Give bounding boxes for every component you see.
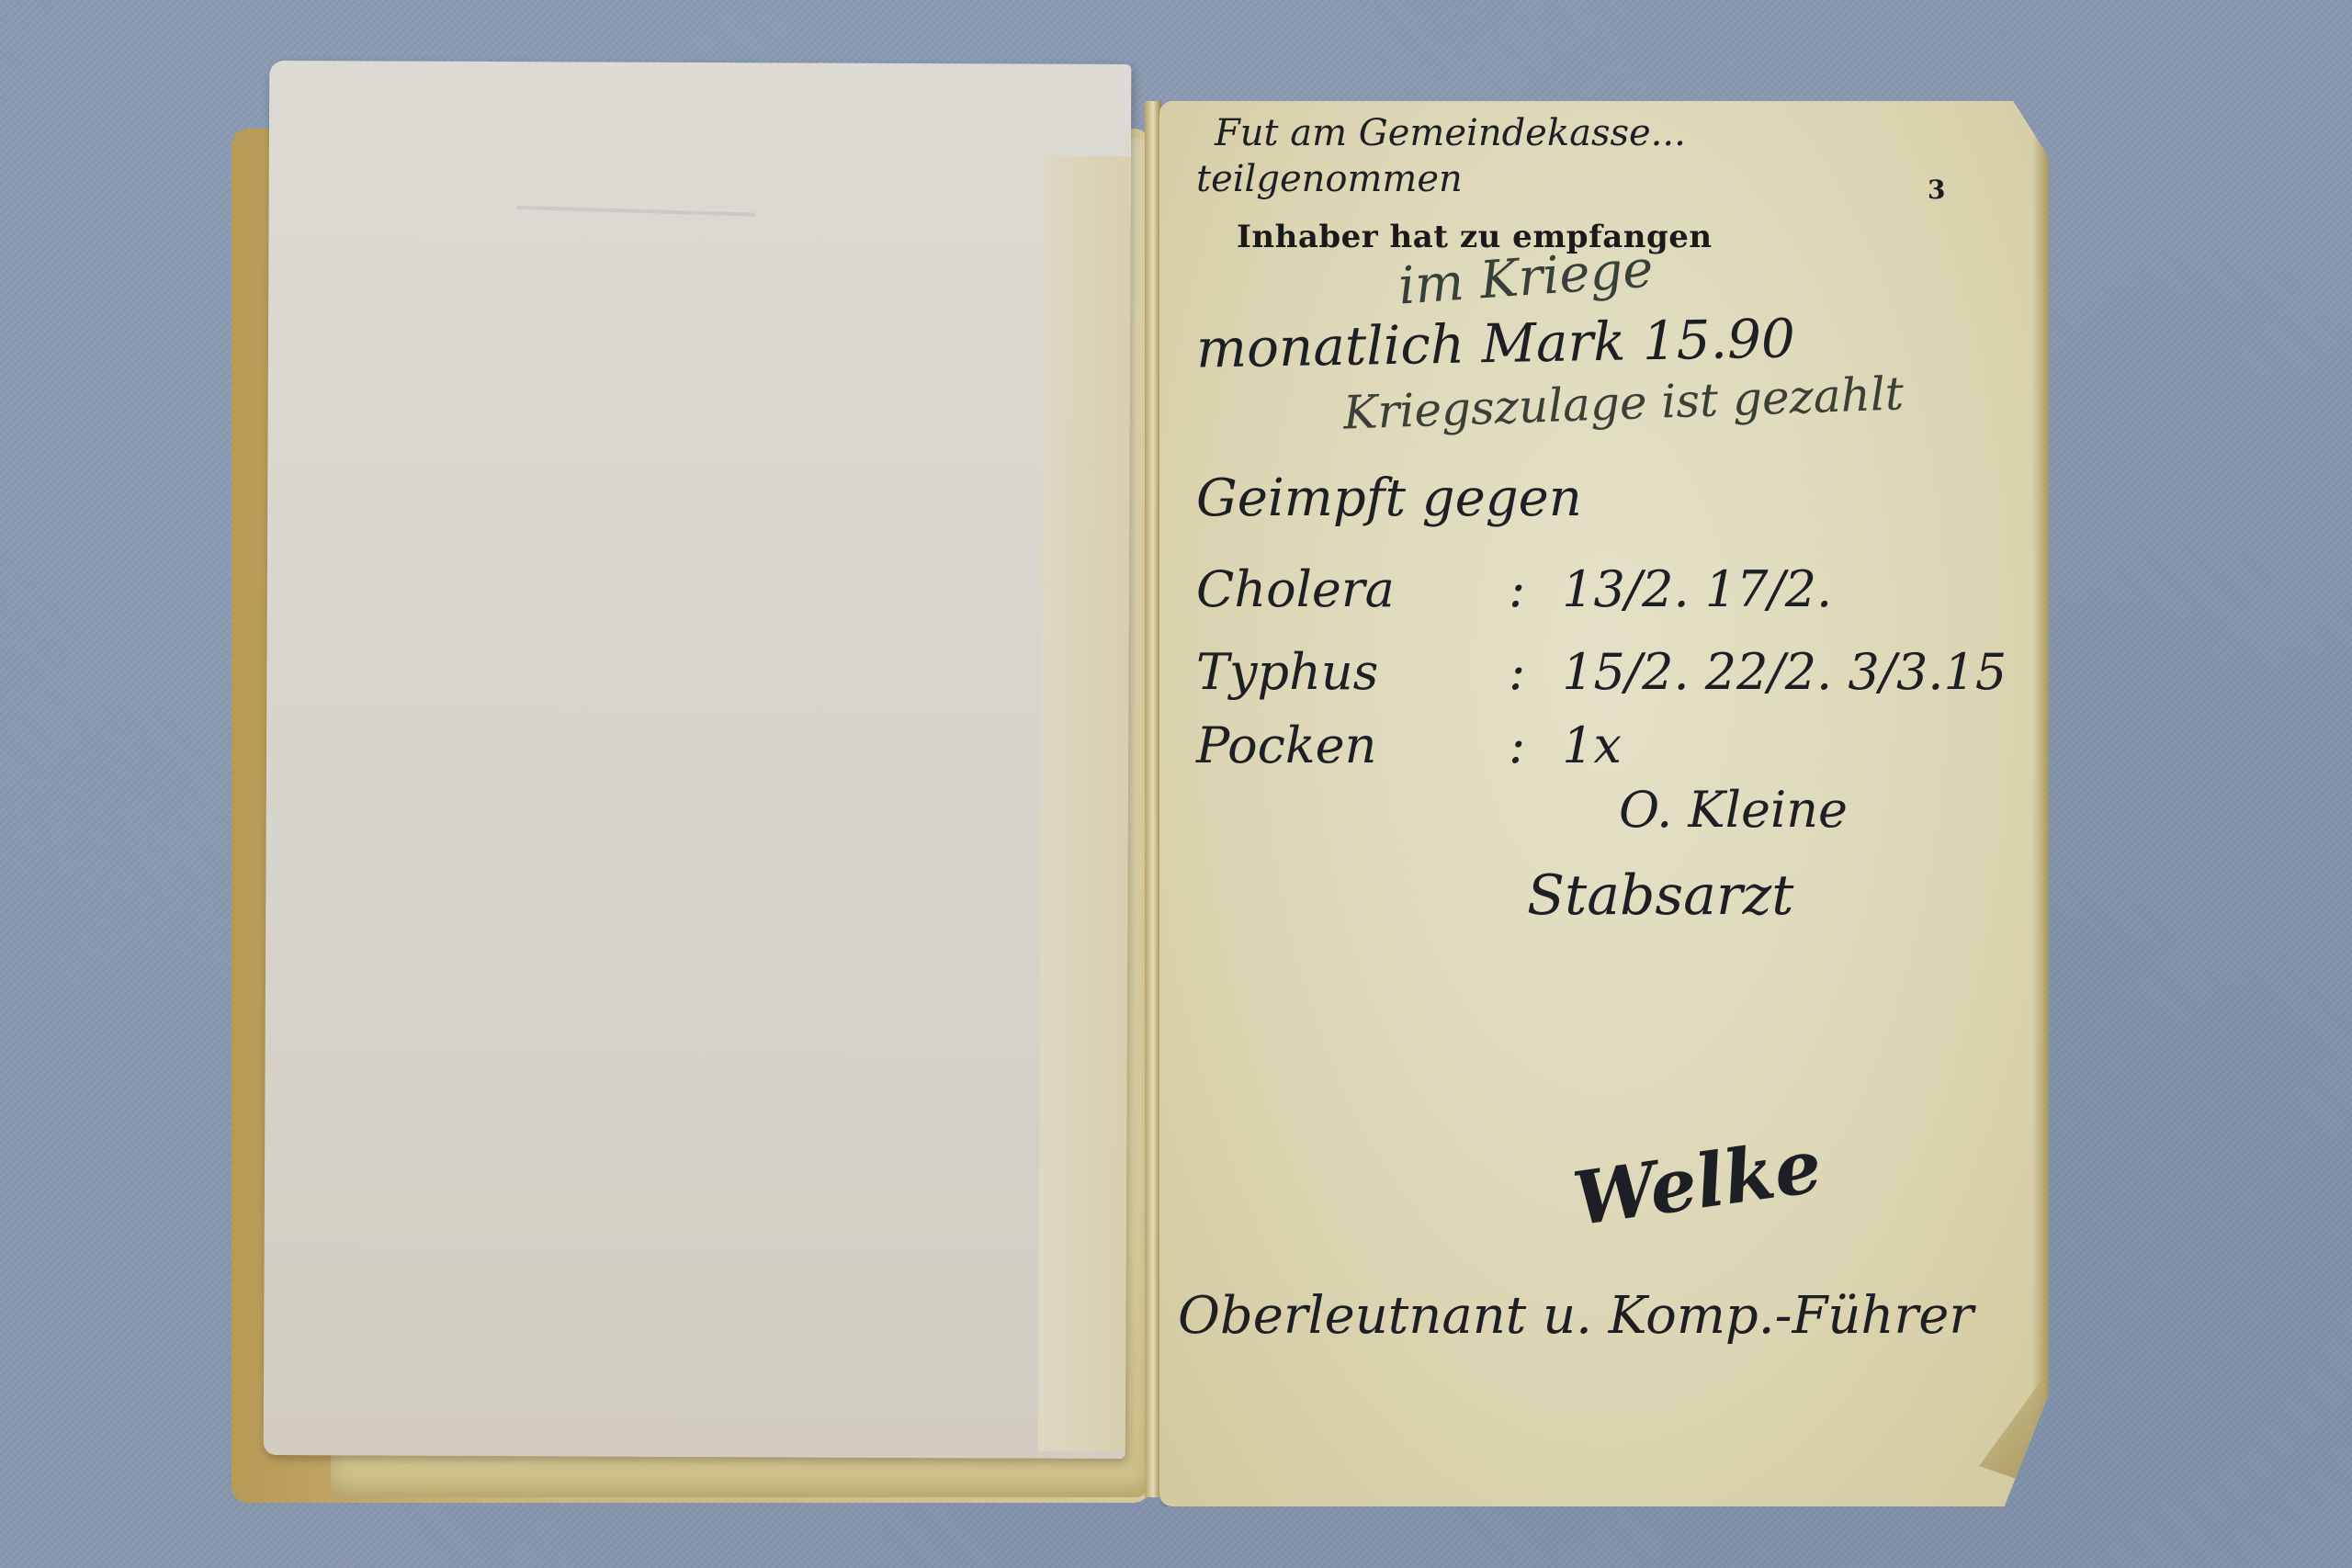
handwritten-vaccinated-heading: Geimpft gegen — [1196, 468, 1582, 528]
vaccination-dates: 1x — [1562, 716, 1622, 774]
handwritten-header-line-1: Fut am Gemeindekasse... — [1215, 112, 1686, 154]
vaccination-sep: : — [1509, 560, 1525, 618]
vaccination-row: Cholera : 13/2. 17/2. — [1196, 560, 1832, 618]
handwritten-monthly-pay: monatlich Mark 15.90 — [1195, 307, 1795, 379]
signature-medical-officer: O. Kleine — [1619, 781, 1848, 839]
left-page-blank — [264, 61, 1132, 1459]
vaccination-disease: Cholera — [1196, 560, 1472, 618]
right-page: 3 Fut am Gemeindekasse... teilgenommen I… — [1159, 101, 2049, 1506]
page-number: 3 — [1928, 175, 1945, 205]
handwritten-note: Kriegszulage ist gezahlt — [1342, 367, 1905, 439]
vaccination-row: Pocken : 1x — [1196, 716, 1622, 774]
signature-company-leader-title: Oberleutnant u. Komp.-Führer — [1178, 1286, 1973, 1346]
spine-binding — [1145, 101, 1161, 1497]
gutter-strip — [1038, 156, 1131, 1451]
handwritten-header-line-2: teilgenommen — [1196, 158, 1463, 200]
show-through-text — [517, 206, 756, 217]
vaccination-disease: Pocken — [1196, 716, 1472, 774]
vaccination-sep: : — [1509, 643, 1525, 701]
signature-company-leader: Welke — [1568, 1122, 1826, 1243]
page-edge — [2032, 101, 2049, 1506]
vaccination-dates: 15/2. 22/2. 3/3.15 — [1562, 643, 2007, 701]
worn-page-corner — [1979, 1378, 2043, 1488]
vaccination-row: Typhus : 15/2. 22/2. 3/3.15 — [1196, 643, 2007, 701]
vaccination-sep: : — [1509, 716, 1525, 774]
signature-medical-officer-title: Stabsarzt — [1527, 863, 1793, 928]
vaccination-disease: Typhus — [1196, 643, 1472, 701]
vaccination-dates: 13/2. 17/2. — [1562, 560, 1832, 618]
